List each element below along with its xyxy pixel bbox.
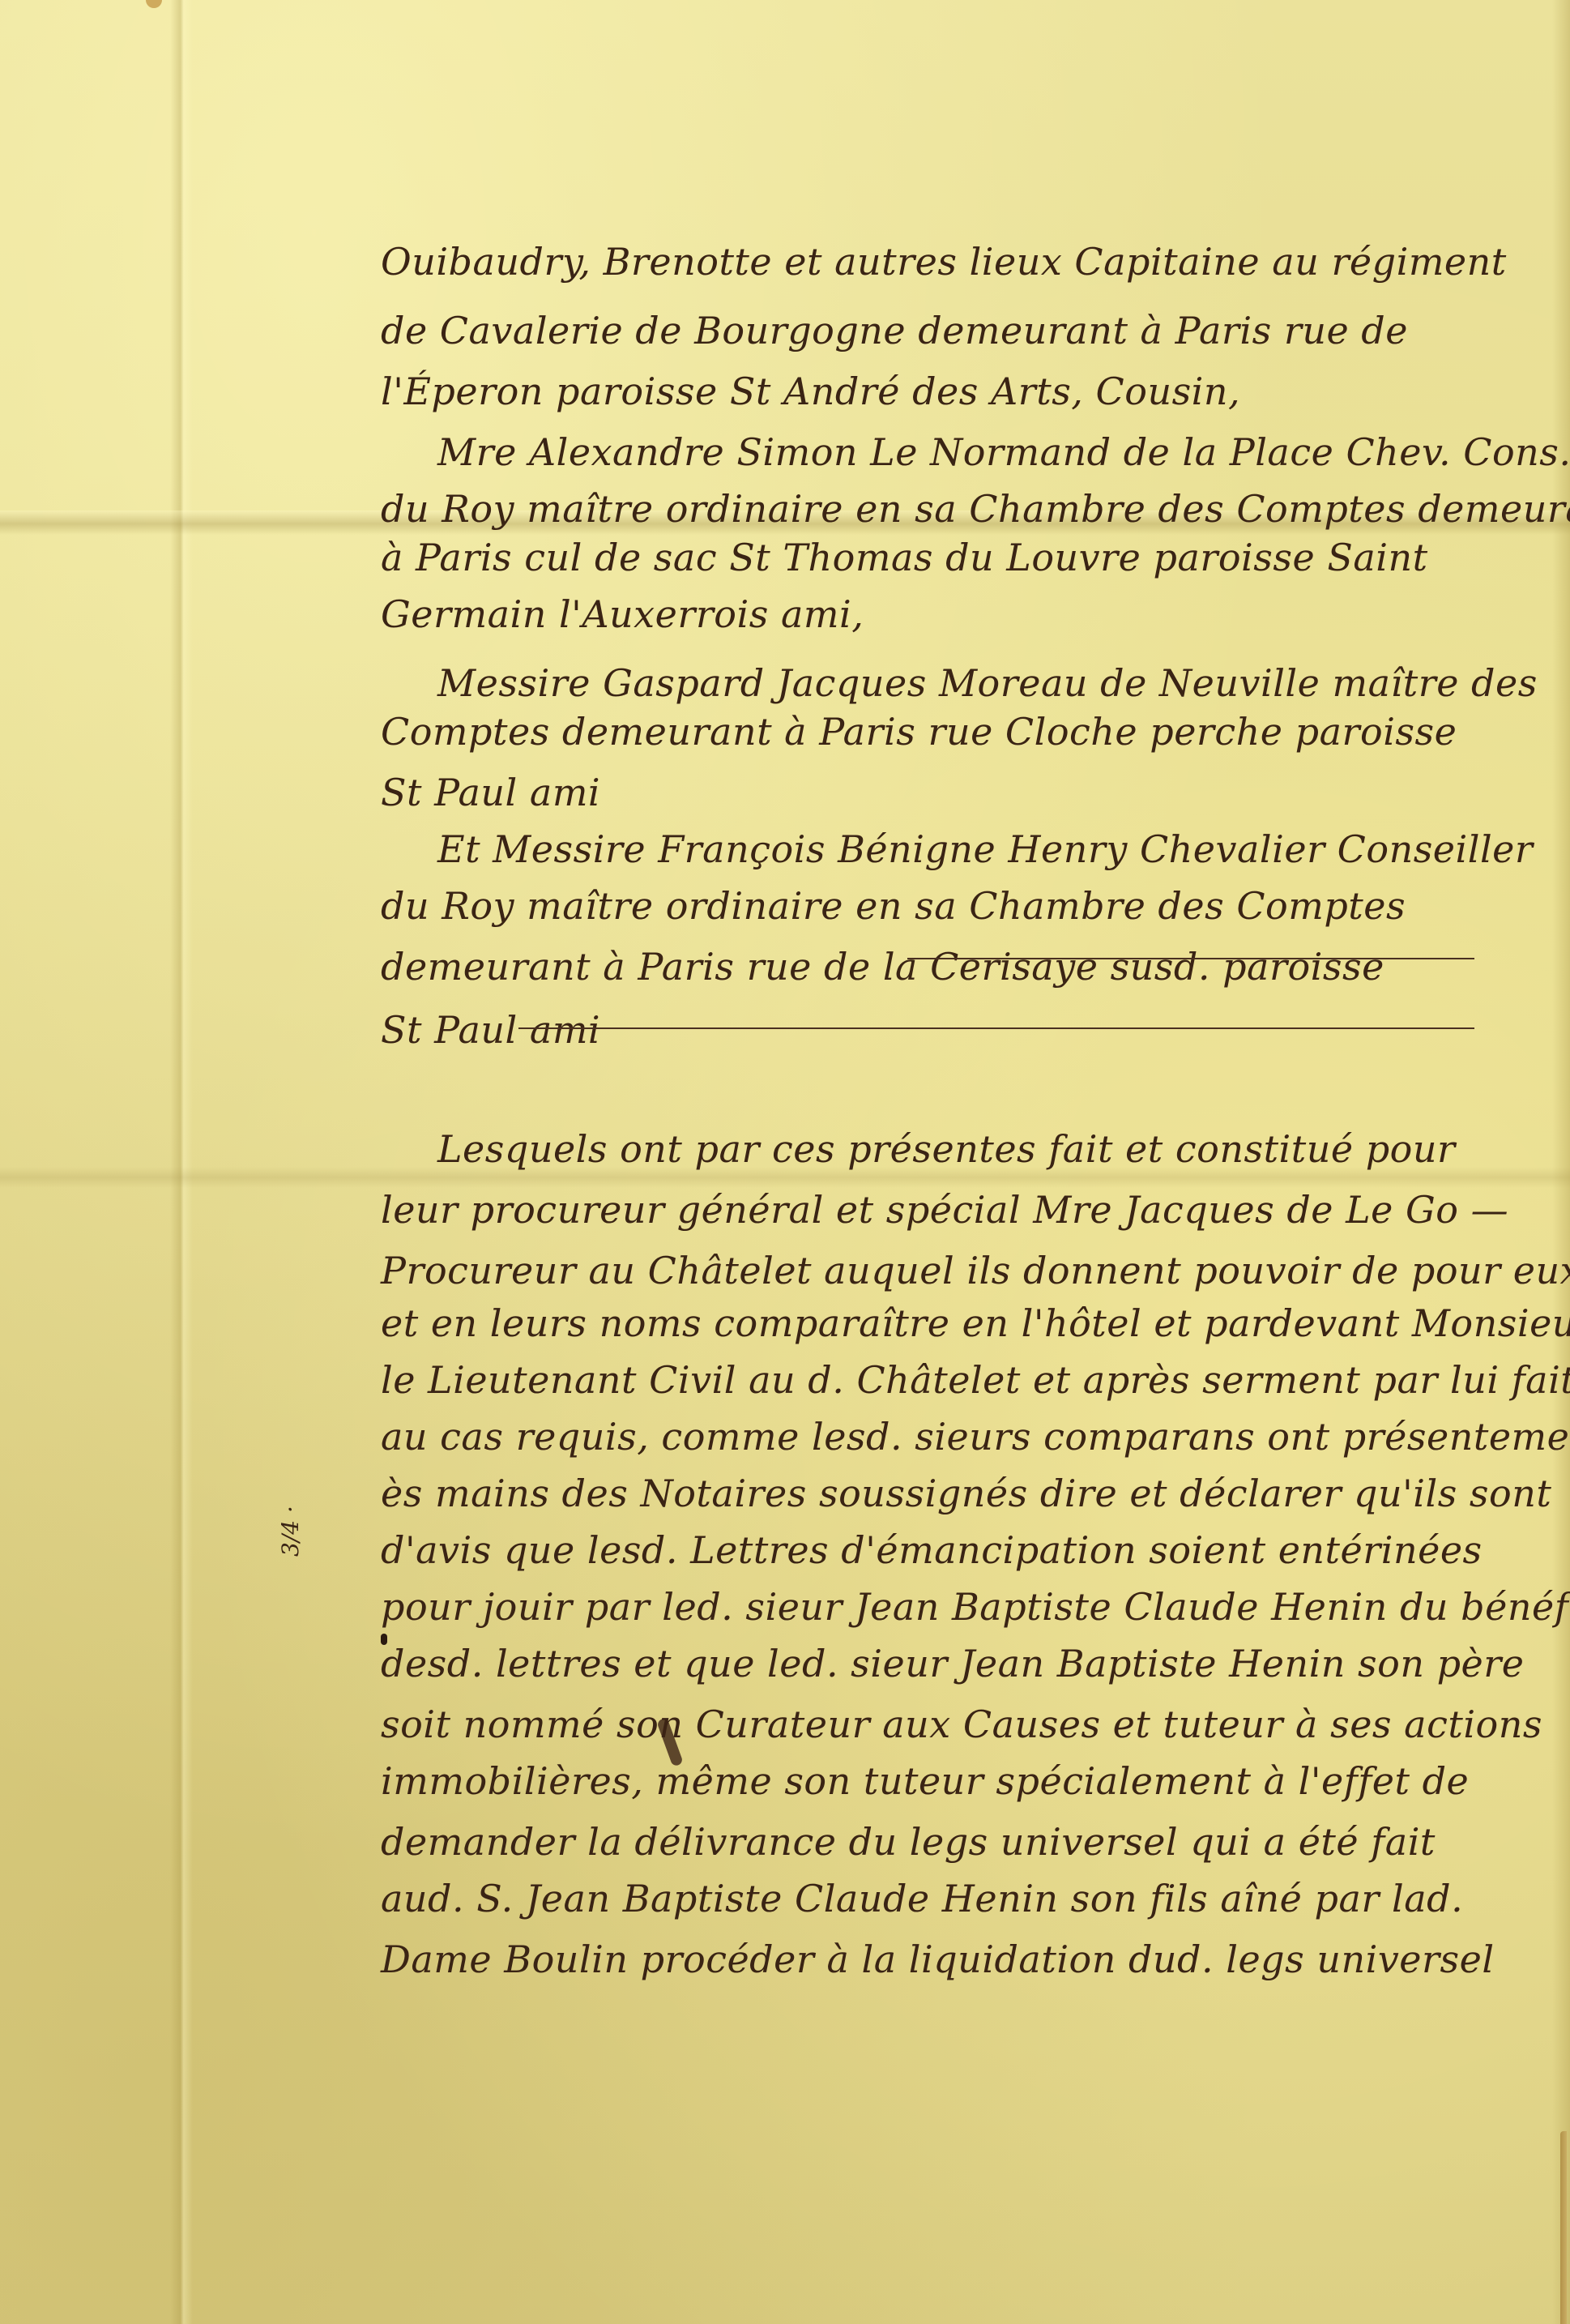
text-line: de Cavalerie de Bourgogne demeurant à Pa… <box>381 312 1408 349</box>
vertical-fold-crease <box>170 0 193 2324</box>
text-line: Germain l'Auxerrois ami, <box>381 596 864 633</box>
text-line: St Paul ami <box>381 774 600 811</box>
text-line: le Lieutenant Civil au d. Châtelet et ap… <box>381 1361 1570 1399</box>
text-line: aud. S. Jean Baptiste Claude Henin son f… <box>381 1880 1463 1917</box>
text-line: soit nommé son Curateur aux Causes et tu… <box>381 1706 1542 1743</box>
text-line: et en leurs noms comparaître en l'hôtel … <box>381 1305 1570 1342</box>
text-line: pour jouir par led. sieur Jean Baptiste … <box>381 1588 1570 1626</box>
text-line: ès mains des Notaires soussignés dire et… <box>381 1475 1551 1512</box>
text-line: Procureur au Châtelet auquel ils donnent… <box>381 1252 1570 1289</box>
text-line: Comptes demeurant à Paris rue Cloche per… <box>381 713 1457 750</box>
text-line: du Roy maître ordinaire en sa Chambre de… <box>381 490 1570 528</box>
margin-annotation: 3/4 · <box>279 1487 328 1576</box>
text-line: Ouibaudry, Brenotte et autres lieux Capi… <box>381 243 1507 280</box>
section-end-rule <box>907 958 1474 959</box>
section-end-rule <box>518 1027 1474 1029</box>
text-line: au cas requis, comme lesd. sieurs compar… <box>381 1418 1570 1455</box>
text-line: St Paul ami <box>381 1011 600 1049</box>
text-line: demeurant à Paris rue de la Cerisaye sus… <box>381 948 1384 985</box>
text-line: Et Messire François Bénigne Henry Cheval… <box>437 831 1533 868</box>
text-line: Dame Boulin procéder à la liquidation du… <box>381 1941 1495 1978</box>
text-line: immobilières, même son tuteur spécialeme… <box>381 1762 1469 1800</box>
text-line: Lesquels ont par ces présentes fait et c… <box>437 1130 1455 1168</box>
paper-right-edge <box>1552 0 1570 2324</box>
text-line: Mre Alexandre Simon Le Normand de la Pla… <box>437 434 1570 471</box>
text-line: Messire Gaspard Jacques Moreau de Neuvil… <box>437 664 1538 702</box>
ink-dot <box>381 1634 387 1645</box>
text-line: demander la délivrance du legs universel… <box>381 1823 1436 1860</box>
text-line: à Paris cul de sac St Thomas du Louvre p… <box>381 539 1428 576</box>
text-line: leur procureur général et spécial Mre Ja… <box>381 1191 1508 1228</box>
text-line: desd. lettres et que led. sieur Jean Bap… <box>381 1645 1524 1682</box>
text-line: l'Éperon paroisse St André des Arts, Cou… <box>381 373 1240 410</box>
text-line: du Roy maître ordinaire en sa Chambre de… <box>381 887 1406 925</box>
paper-torn-edge <box>1560 2131 1567 2324</box>
text-line: d'avis que lesd. Lettres d'émancipation … <box>381 1532 1483 1569</box>
